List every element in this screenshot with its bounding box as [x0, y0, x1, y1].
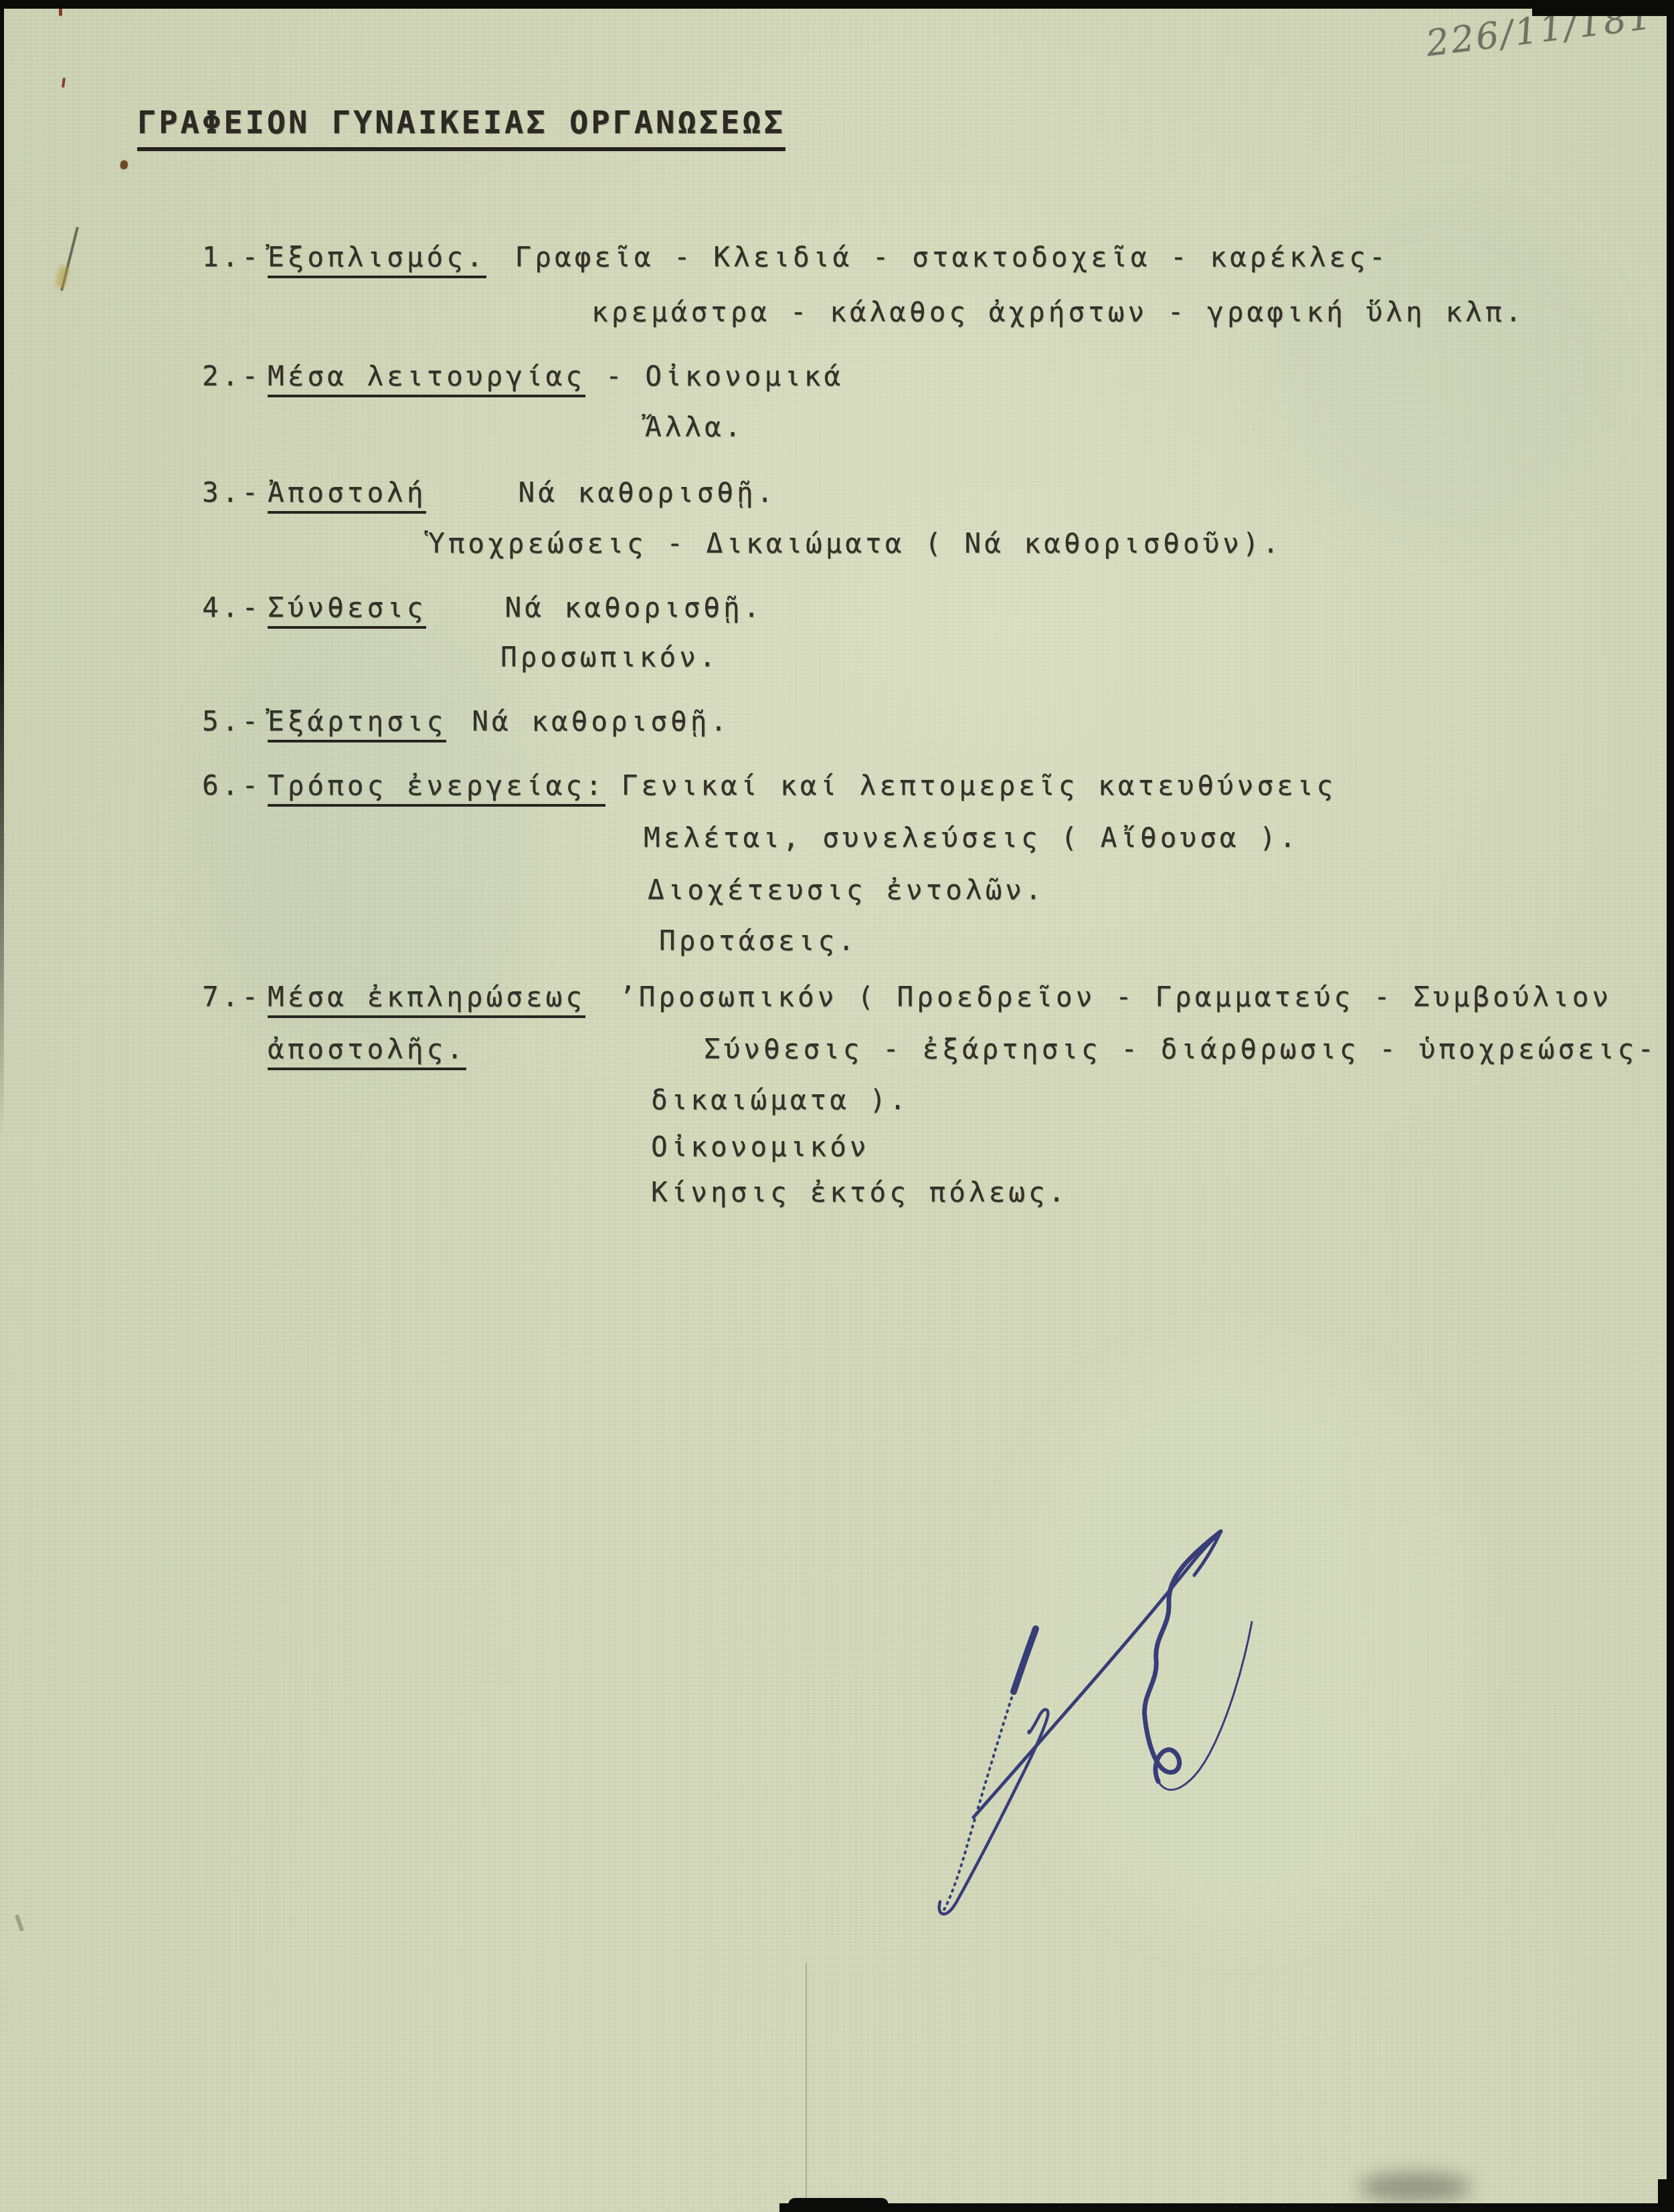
pencil-mark [60, 227, 79, 291]
item-number: 1.- [202, 241, 268, 273]
scan-edge-top [0, 0, 1674, 9]
item-label: Ἐξοπλισμός. [268, 241, 486, 278]
scan-edge-right [1667, 0, 1674, 2212]
item-continuation: δικαιώματα ). [651, 1084, 909, 1116]
item-continuation: Ὑποχρεώσεις - Δικαιώματα ( Νά καθορισθοῦ… [428, 527, 1282, 559]
scan-edge-bottom [779, 2203, 1674, 2212]
item-text: Νά καθορισθῇ. [472, 705, 730, 737]
item-number: 5.- [202, 705, 268, 737]
yellow-smudge [55, 266, 69, 288]
item-number: 6.- [202, 769, 268, 801]
item-number: 4.- [202, 591, 268, 623]
list-item-6: 6.-Τρόπος ἐνεργείας:Γενικαί καί λεπτομερ… [202, 769, 1336, 801]
item-continuation: Κίνησις ἐκτός πόλεως. [651, 1176, 1068, 1208]
item-number: 7.- [202, 981, 268, 1013]
paper-speck [62, 78, 66, 88]
list-item-7: 7.-Μέσα ἐκπληρώσεως’Προσωπικόν ( Προεδρε… [202, 981, 1612, 1013]
item-continuation: Ἄλλα. [645, 411, 744, 443]
page-title-text: ΓΡΑΦΕΙΟΝ ΓΥΝΑΙΚΕΙΑΣ ΟΡΓΑΝΩΣΕΩΣ [137, 104, 785, 151]
document-page: 226/11/181 ΓΡΑΦΕΙΟΝ ΓΥΝΑΙΚΕΙΑΣ ΟΡΓΑΝΩΣΕΩ… [0, 0, 1674, 2212]
bottom-smudge [1358, 2173, 1472, 2202]
scan-edge-left [0, 0, 4, 1137]
item-continuation: Σύνθεσις - ἐξάρτησις - διάρθρωσις - ὑποχ… [704, 1033, 1657, 1065]
page-title: ΓΡΑΦΕΙΟΝ ΓΥΝΑΙΚΕΙΑΣ ΟΡΓΑΝΩΣΕΩΣ [137, 104, 785, 141]
item-continuation: κρεμάστρα - κάλαθος ἀχρήστων - γραφική ὕ… [591, 296, 1525, 328]
item-text: ’Προσωπικόν ( Προεδρεῖον - Γραμματεύς - … [619, 981, 1612, 1013]
paper-speck [120, 161, 128, 169]
item-continuation: Μελέται, συνελεύσεις ( Αἴθουσα ). [644, 821, 1299, 853]
item-number: 2.- [202, 360, 268, 392]
signature-stroke [973, 1531, 1221, 1817]
item-text: Νά καθορισθῇ. [518, 476, 776, 508]
item-label: Μέσα ἐκπληρώσεως [268, 981, 585, 1018]
item-label-continued: ἀποστολῆς. [268, 1033, 466, 1065]
item-number: 3.- [202, 476, 268, 508]
item-text: Γραφεῖα - Κλειδιά - στακτοδοχεῖα - καρέκ… [515, 241, 1389, 273]
item-continuation: Οἰκονομικόν [651, 1130, 870, 1163]
item-label: Μέσα λειτουργίας [268, 360, 585, 397]
signature-stroke [1158, 1622, 1252, 1790]
list-item-5: 5.-ἘξάρτησιςΝά καθορισθῇ. [202, 705, 730, 737]
list-item-3: 3.-ἈποστολήΝά καθορισθῇ. [202, 476, 776, 508]
item-continuation: Διοχέτευσις ἐντολῶν. [648, 874, 1045, 906]
item-label: Σύνθεσις [268, 591, 426, 629]
paper-speck [15, 1914, 25, 1932]
item-label2: ἀποστολῆς. [268, 1033, 466, 1070]
scan-edge-bottom-right [1658, 2179, 1674, 2212]
item-continuation: Προσωπικόν. [500, 641, 719, 673]
item-text: - Οἰκονομικά [606, 360, 844, 392]
item-text: Γενικαί καί λεπτομερεῖς κατευθύνσεις [622, 769, 1337, 801]
list-item-4: 4.-ΣύνθεσιςΝά καθορισθῇ. [202, 591, 763, 623]
scan-edge-bottom-bump [788, 2198, 889, 2212]
item-label: Τρόπος ἐνεργείας: [268, 769, 606, 807]
item-label: Ἐξάρτησις [268, 705, 446, 742]
item-text: Νά καθορισθῇ. [504, 591, 763, 623]
signature-stroke [1145, 1532, 1220, 1781]
signature-stroke [1014, 1629, 1036, 1692]
signature-stroke [944, 1692, 1014, 1910]
item-continuation: Προτάσεις. [659, 924, 858, 957]
signature [907, 1502, 1281, 1916]
list-item-2: 2.-Μέσα λειτουργίας- Οἰκονομικά [202, 360, 844, 392]
scan-edge-top-right [1532, 0, 1674, 16]
item-label: Ἀποστολή [268, 476, 426, 514]
list-item-1: 1.-Ἐξοπλισμός.Γραφεῖα - Κλειδιά - στακτο… [202, 241, 1389, 273]
paper-crease [806, 1963, 807, 2212]
